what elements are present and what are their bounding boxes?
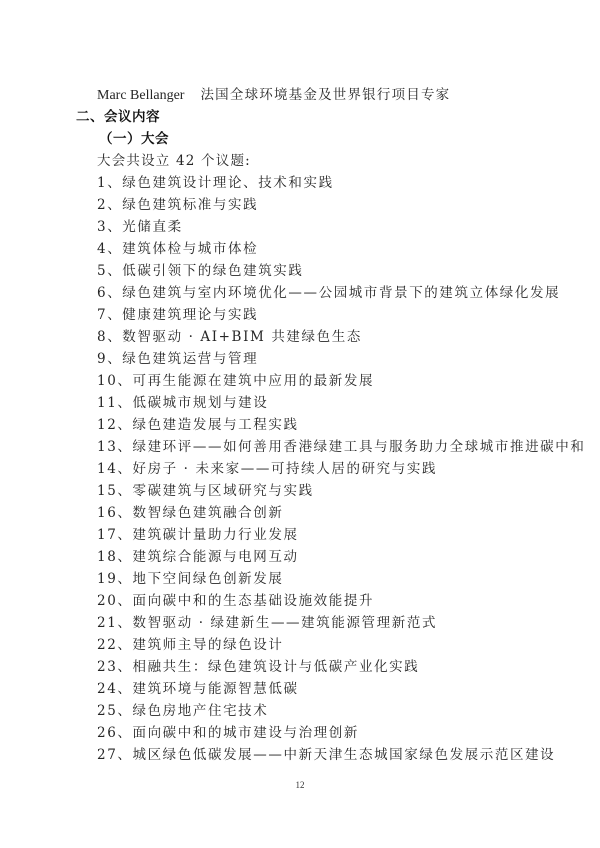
- list-item: 13、绿建环评——如何善用香港绿建工具与服务助力全球城市推进碳中和: [97, 438, 585, 456]
- document-page: Marc Bellanger法国全球环境基金及世界银行项目专家 二、会议内容 （…: [0, 0, 600, 848]
- expert-line: Marc Bellanger法国全球环境基金及世界银行项目专家: [97, 86, 450, 105]
- section-heading: 二、会议内容: [76, 108, 160, 126]
- expert-title: 法国全球环境基金及世界银行项目专家: [200, 87, 450, 103]
- list-item: 9、绿色建筑运营与管理: [97, 350, 258, 368]
- list-item: 16、数智绿色建筑融合创新: [97, 504, 283, 522]
- list-item: 2、绿色建筑标准与实践: [97, 196, 258, 214]
- list-item: 18、建筑综合能源与电网互动: [97, 548, 299, 566]
- list-item: 7、健康建筑理论与实践: [97, 306, 258, 324]
- list-item: 15、零碳建筑与区域研究与实践: [97, 482, 314, 500]
- list-item: 19、地下空间绿色创新发展: [97, 570, 283, 588]
- list-item: 23、相融共生：绿色建筑设计与低碳产业化实践: [97, 658, 419, 676]
- subsection-heading: （一）大会: [99, 130, 169, 148]
- list-item: 20、面向碳中和的生态基础设施效能提升: [97, 592, 374, 610]
- list-item: 11、低碳城市规划与建设: [97, 394, 268, 412]
- list-item: 24、建筑环境与能源智慧低碳: [97, 680, 299, 698]
- list-item: 27、城区绿色低碳发展——中新天津生态城国家绿色发展示范区建设: [97, 746, 555, 764]
- page-number: 12: [0, 780, 600, 790]
- list-item: 4、建筑体检与城市体检: [97, 240, 258, 258]
- list-item: 6、绿色建筑与室内环境优化——公园城市背景下的建筑立体绿化发展: [97, 284, 560, 302]
- list-item: 10、可再生能源在建筑中应用的最新发展: [97, 372, 374, 390]
- list-item: 21、数智驱动 · 绿建新生——建筑能源管理新范式: [97, 614, 437, 632]
- list-item: 1、绿色建筑设计理论、技术和实践: [97, 174, 334, 192]
- list-item: 3、光储直柔: [97, 218, 183, 236]
- list-item: 5、低碳引领下的绿色建筑实践: [97, 262, 304, 280]
- list-item: 12、绿色建造发展与工程实践: [97, 416, 299, 434]
- expert-name: Marc Bellanger: [97, 88, 184, 103]
- list-item: 26、面向碳中和的城市建设与治理创新: [97, 724, 359, 742]
- list-item: 25、绿色房地产住宅技术: [97, 702, 268, 720]
- list-item: 22、建筑师主导的绿色设计: [97, 636, 283, 654]
- list-item: 17、建筑碳计量助力行业发展: [97, 526, 299, 544]
- intro-text: 大会共设立 42 个议题:: [97, 152, 251, 170]
- list-item: 14、好房子 · 未来家——可持续人居的研究与实践: [97, 460, 437, 478]
- list-item: 8、数智驱动 · AI+BIM 共建绿色生态: [97, 328, 362, 346]
